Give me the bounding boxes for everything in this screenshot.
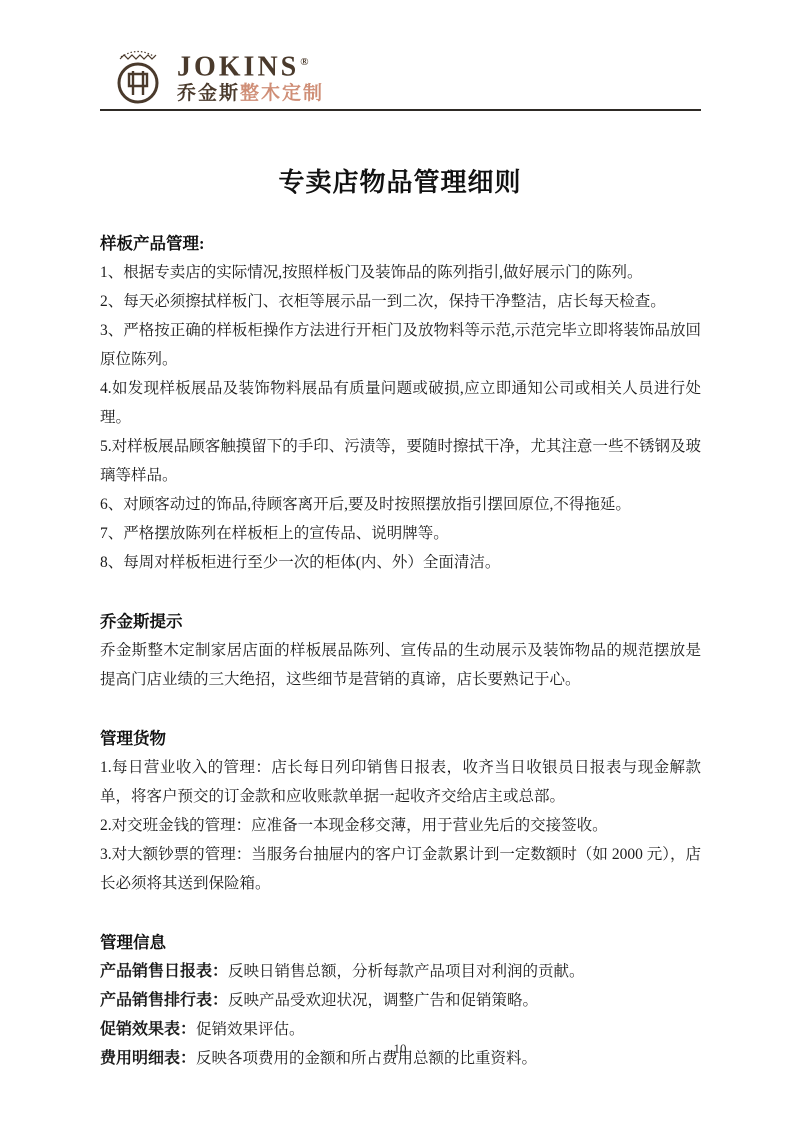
brand-logo: JOKINS® 乔金斯整木定制 [113,44,324,105]
section-heading-goods: 管理货物 [100,724,701,753]
info-entry-desc: 反映日销售总额，分析每款产品项目对利润的贡献。 [228,963,585,980]
info-entry: 促销效果表：促销效果评估。 [100,1015,701,1044]
list-item: 7、严格摆放陈列在样板柜上的宣传品、说明牌等。 [100,519,701,548]
brand-tagline-accent: 整木定制 [240,83,324,104]
list-item: 4.如发现样板展品及装饰物料展品有质量问题或破损,应立即通知公司或相关人员进行处… [100,374,701,432]
list-item: 3.对大额钞票的管理：当服务台抽屉内的客户订金款累计到一定数额时（如 2000 … [100,840,701,898]
section-heading-sample-products: 样板产品管理: [100,229,701,258]
brand-tagline-primary: 乔金斯 [177,83,240,104]
list-item: 1、根据专卖店的实际情况,按照样板门及装饰品的陈列指引,做好展示门的陈列。 [100,258,701,287]
brand-tagline: 乔金斯整木定制 [177,82,324,105]
page-title: 专卖店物品管理细则 [0,162,800,199]
header-divider [100,109,701,111]
info-entry-desc: 促销效果评估。 [196,1021,305,1038]
document-page: JOKINS® 乔金斯整木定制 专卖店物品管理细则 样板产品管理: 1、根据专卖… [0,0,800,1131]
list-item: 2.对交班金钱的管理：应准备一本现金移交薄，用于营业先后的交接签收。 [100,811,701,840]
info-entry: 产品销售排行表：反映产品受欢迎状况，调整广告和促销策略。 [100,986,701,1015]
tips-paragraph: 乔金斯整木定制家居店面的样板展品陈列、宣传品的生动展示及装饰物品的规范摆放是提高… [100,636,701,694]
brand-mark [113,44,163,105]
page-number: 10 [0,1041,800,1057]
list-item: 2、每天必须擦拭样板门、衣柜等展示品一到二次，保持干净整洁，店长每天检查。 [100,287,701,316]
section-heading-info: 管理信息 [100,928,701,957]
registered-trademark-symbol: ® [300,56,308,68]
list-item: 1.每日营业收入的管理：店长每日列印销售日报表，收齐当日收银员日报表与现金解款单… [100,753,701,811]
list-item: 6、对顾客动过的饰品,待顾客离开后,要及时按照摆放指引摆回原位,不得拖延。 [100,490,701,519]
brand-crown-icon [117,44,159,60]
section-heading-tips: 乔金斯提示 [100,607,701,636]
info-entry-term: 促销效果表： [100,1021,196,1038]
brand-name-text: JOKINS [177,51,299,82]
list-item: 5.对样板展品顾客触摸留下的手印、污渍等，要随时擦拭干净，尤其注意一些不锈钢及玻… [100,432,701,490]
info-entry-term: 产品销售排行表： [100,992,228,1009]
list-item: 3、严格按正确的样板柜操作方法进行开柜门及放物料等示范,示范完毕立即将装饰品放回… [100,316,701,374]
document-body: 样板产品管理: 1、根据专卖店的实际情况,按照样板门及装饰品的陈列指引,做好展示… [100,229,701,1073]
brand-monogram-icon [116,61,160,105]
brand-text: JOKINS® 乔金斯整木定制 [177,47,324,105]
brand-name: JOKINS® [177,47,324,82]
list-item: 8、每周对样板柜进行至少一次的柜体(内、外）全面清洁。 [100,548,701,577]
info-entry-term: 产品销售日报表： [100,963,228,980]
info-entry-desc: 反映产品受欢迎状况，调整广告和促销策略。 [228,992,538,1009]
info-entry: 产品销售日报表：反映日销售总额，分析每款产品项目对利润的贡献。 [100,957,701,986]
